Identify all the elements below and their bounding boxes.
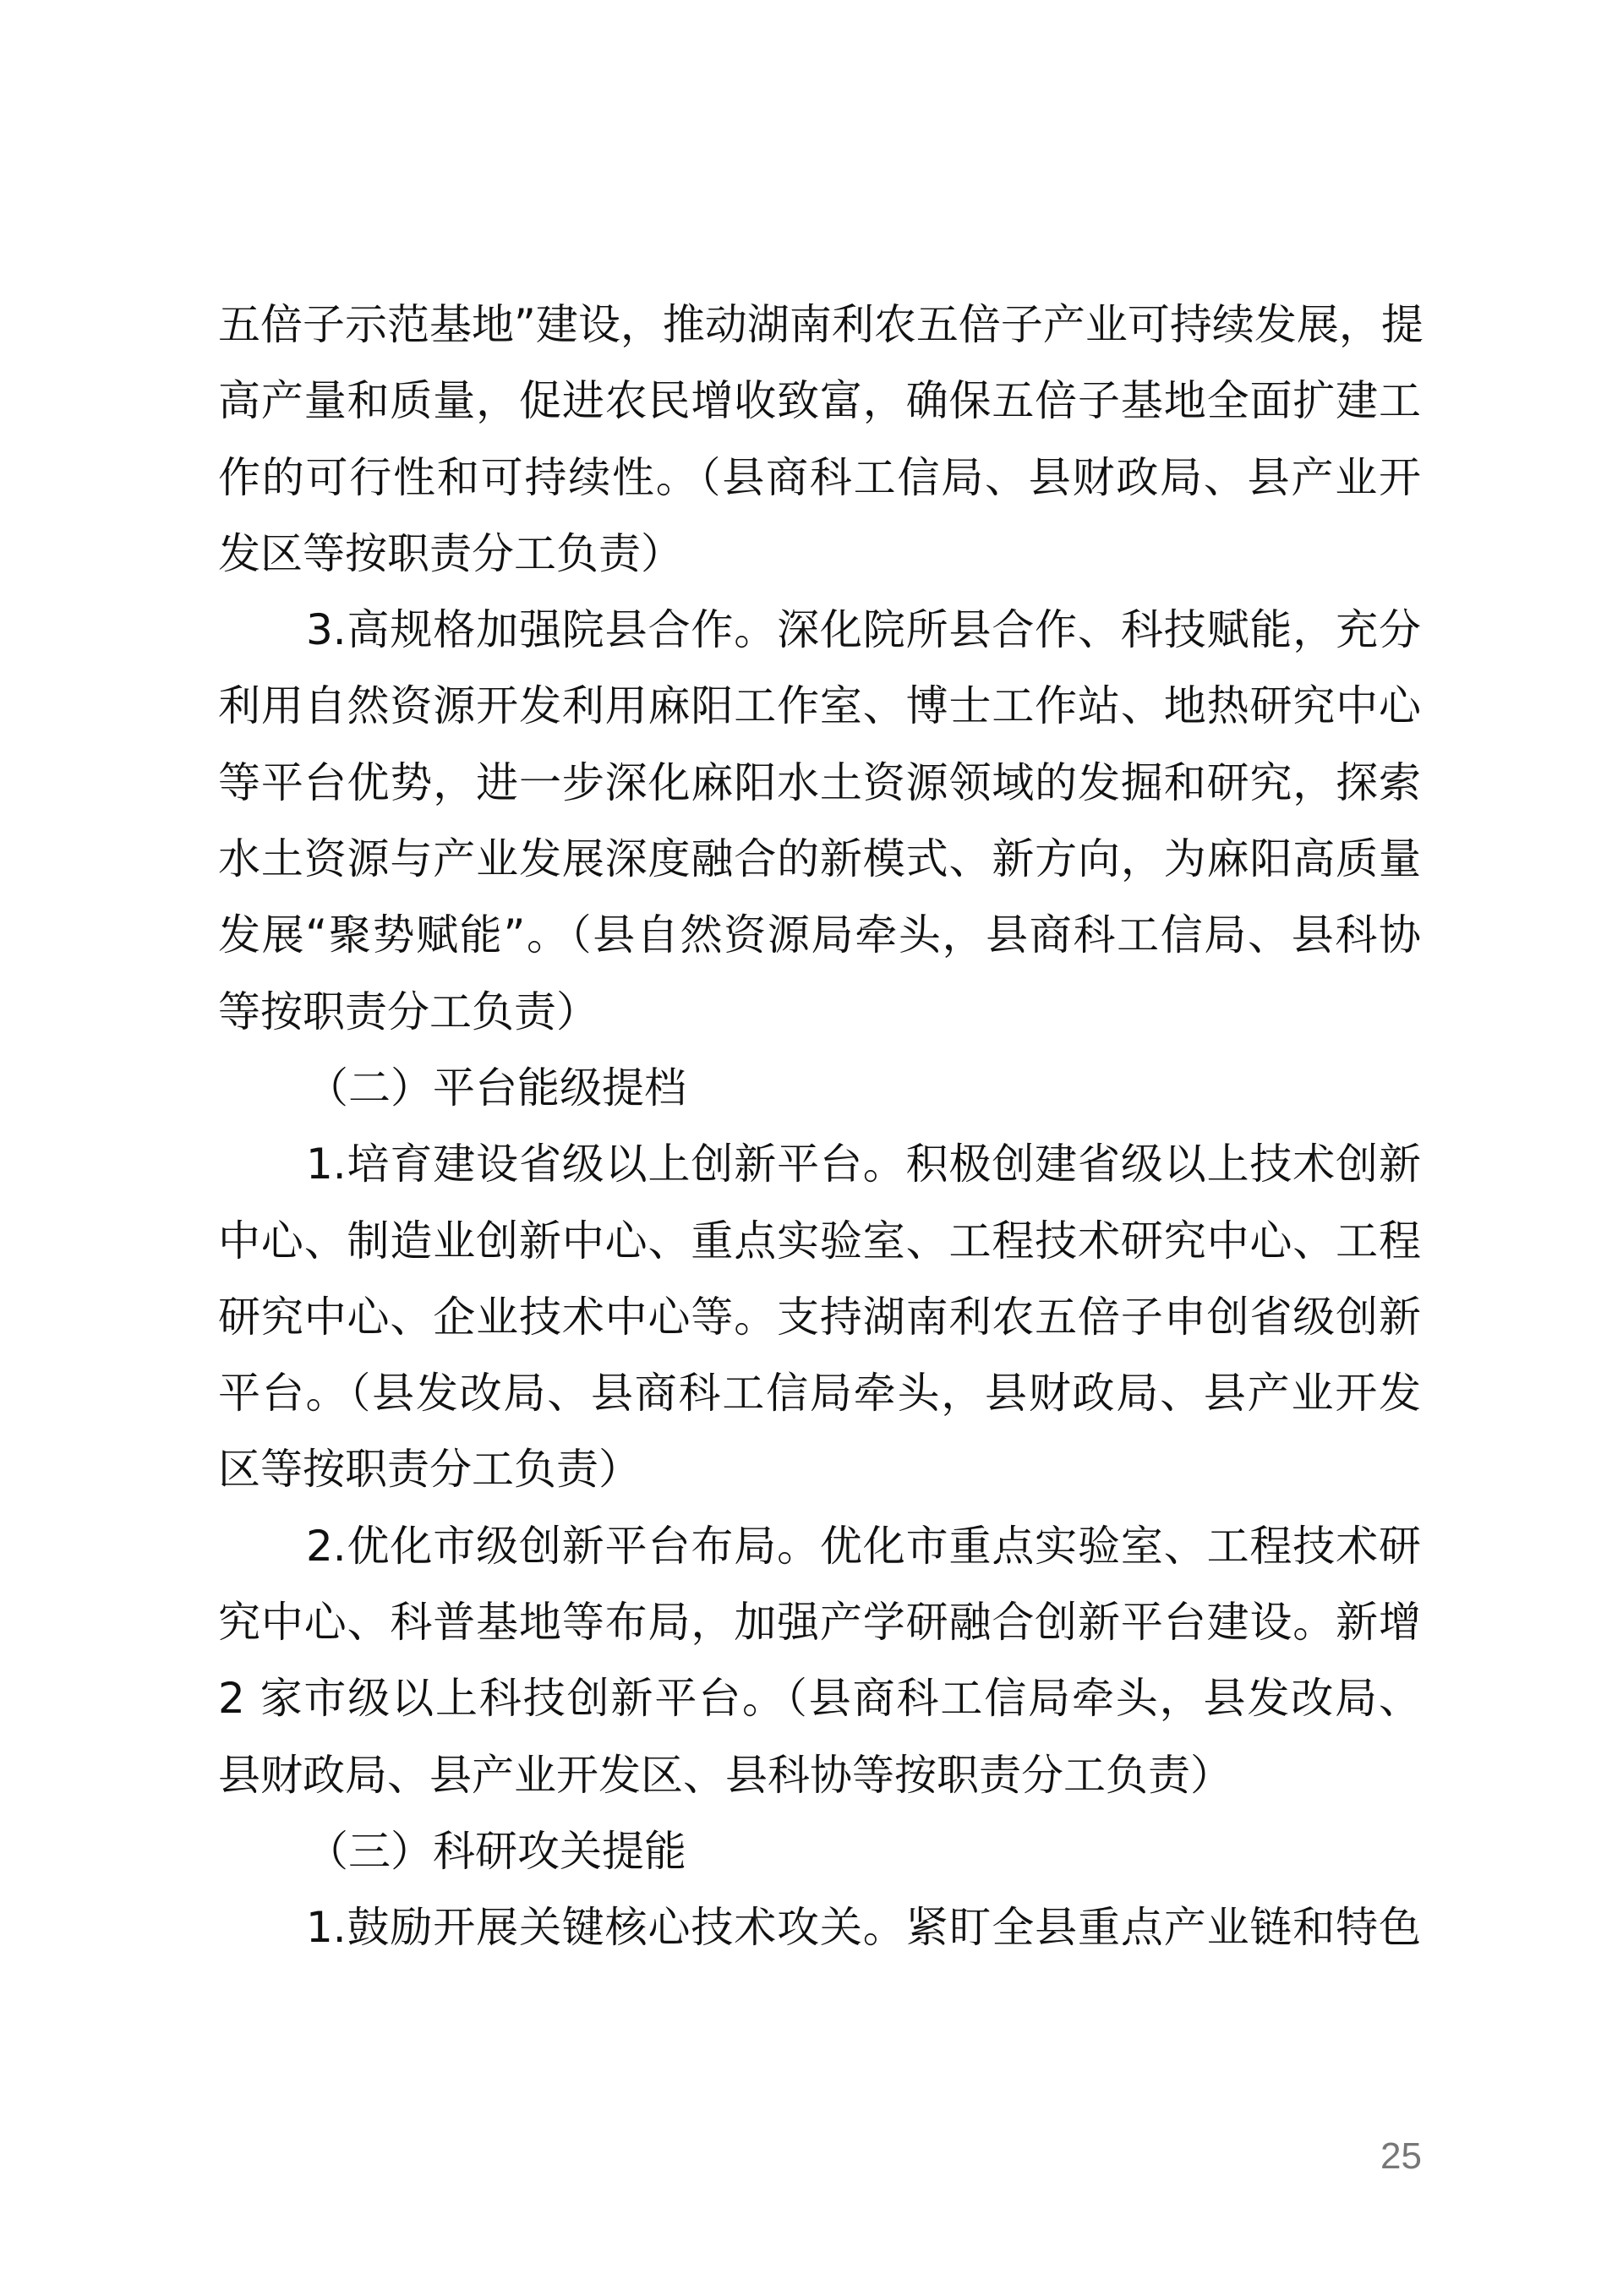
text-line: 五倍子示范基地”建设，推动湖南利农五倍子产业可持续发展，提 xyxy=(218,287,1421,363)
text-line: 中心、制造业创新中心、重点实验室、工程技术研究中心、工程 xyxy=(218,1203,1421,1279)
text-line: 水土资源与产业发展深度融合的新模式、新方向，为麻阳高质量 xyxy=(218,821,1421,897)
paragraph-start-line: 2.优化市级创新平台布局。优化市重点实验室、工程技术研 xyxy=(218,1508,1421,1584)
text-line: 究中心、科普基地等布局，加强产学研融合创新平台建设。新增 xyxy=(218,1584,1421,1660)
section-heading: （三）科研攻关提能 xyxy=(218,1813,1421,1889)
section-heading: （二）平台能级提档 xyxy=(218,1050,1421,1126)
text-line: 县财政局、县产业开发区、县科协等按职责分工负责） xyxy=(218,1737,1421,1813)
text-line: 发区等按职责分工负责） xyxy=(218,516,1421,592)
paragraph-start-line: 1.培育建设省级以上创新平台。积极创建省级以上技术创新 xyxy=(218,1126,1421,1202)
text-line: 发展“聚势赋能”。（县自然资源局牵头，县商科工信局、县科协 xyxy=(218,897,1421,973)
text-line: 研究中心、企业技术中心等。支持湖南利农五倍子申创省级创新 xyxy=(218,1279,1421,1355)
text-line: 等按职责分工负责） xyxy=(218,974,1421,1050)
text-line: 等平台优势，进一步深化麻阳水土资源领域的发掘和研究，探索 xyxy=(218,745,1421,821)
document-page: 五倍子示范基地”建设，推动湖南利农五倍子产业可持续发展，提 高产量和质量，促进农… xyxy=(0,0,1623,2296)
text-line: 平台。（县发改局、县商科工信局牵头，县财政局、县产业开发 xyxy=(218,1355,1421,1431)
text-line: 利用自然资源开发利用麻阳工作室、博士工作站、地热研究中心 xyxy=(218,668,1421,744)
text-line: 高产量和质量，促进农民增收致富，确保五倍子基地全面扩建工 xyxy=(218,363,1421,439)
paragraph-start-line: 1.鼓励开展关键核心技术攻关。紧盯全县重点产业链和特色 xyxy=(218,1889,1421,1965)
text-line: 作的可行性和可持续性。（县商科工信局、县财政局、县产业开 xyxy=(218,440,1421,516)
paragraph-start-line: 3.高规格加强院县合作。深化院所县合作、科技赋能，充分 xyxy=(218,592,1421,668)
text-line: 2 家市级以上科技创新平台。（县商科工信局牵头，县发改局、 xyxy=(218,1660,1421,1736)
text-line: 区等按职责分工负责） xyxy=(218,1431,1421,1507)
body-text: 五倍子示范基地”建设，推动湖南利农五倍子产业可持续发展，提 高产量和质量，促进农… xyxy=(218,287,1421,1966)
page-number: 25 xyxy=(1352,2135,1422,2178)
